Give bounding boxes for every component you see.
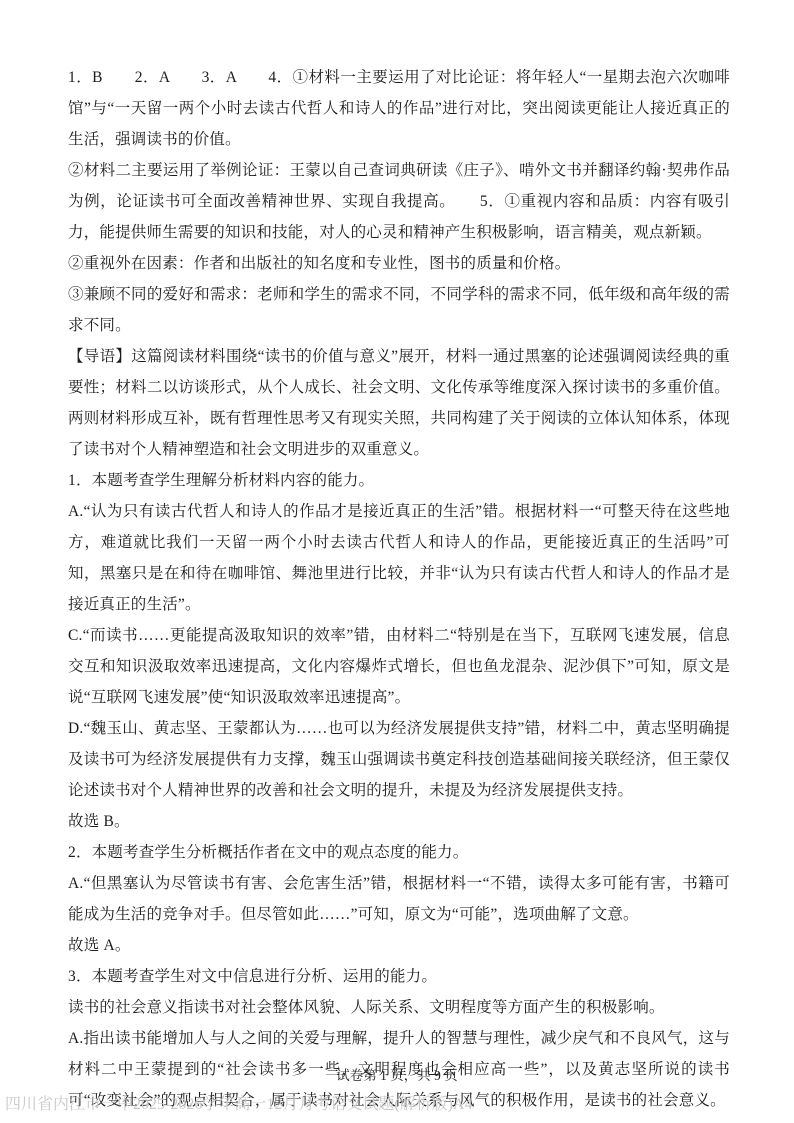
page-number-label: 试卷第 1 页，共 9 页 <box>336 1068 458 1083</box>
question2-answer: 故选 A。 <box>68 930 730 961</box>
question3-intro: 读书的社会意义指读书对社会整体风貌、人际关系、文明程度等方面产生的积极影响。 <box>68 992 730 1023</box>
question1-answer: 故选 B。 <box>68 806 730 837</box>
answer-paragraph: ②材料二主要运用了举例论证：王蒙以自己查词典研读《庄子》、啃外文书并翻译约翰·契… <box>68 155 730 248</box>
question1-option-a-analysis: A.“认为只有读古代哲人和诗人的作品才是接近真正的生活”错。根据材料一“可整天待… <box>68 496 730 620</box>
question1-option-d-analysis: D.“魏玉山、黄志坚、王蒙都认为……也可以为经济发展提供支持”错，材料二中，黄志… <box>68 713 730 806</box>
question2-heading: 2．本题考查学生分析概括作者在文中的观点态度的能力。 <box>68 837 730 868</box>
question1-heading: 1．本题考查学生理解分析材料内容的能力。 <box>68 465 730 496</box>
document-watermark: 四川省内江市一中2025-2026学年高一12月月考语文试题(解析版)A4 <box>5 1094 473 1116</box>
question2-option-a-analysis: A.“但黑塞认为尽管读书有害、会危害生活”错，根据材料一“不错，读得太多可能有害… <box>68 868 730 930</box>
answer-paragraph: 1．B 2．A 3．A 4．①材料一主要运用了对比论证：将年轻人“一星期去泡六次… <box>68 62 730 155</box>
overview-paragraph: 【导语】这篇阅读材料围绕“读书的价值与意义”展开，材料一通过黑塞的论述强调阅读经… <box>68 341 730 465</box>
question3-heading: 3．本题考查学生对文中信息进行分析、运用的能力。 <box>68 961 730 992</box>
answer-analysis-content: 1．B 2．A 3．A 4．①材料一主要运用了对比论证：将年轻人“一星期去泡六次… <box>68 62 730 1116</box>
answer-paragraph: ②重视外在因素：作者和出版社的知名度和专业性，图书的质量和价格。 <box>68 248 730 279</box>
answer-paragraph: ③兼顾不同的爱好和需求：老师和学生的需求不同，不同学科的需求不同，低年级和高年级… <box>68 279 730 341</box>
exam-answer-page: 1．B 2．A 3．A 4．①材料一主要运用了对比论证：将年轻人“一星期去泡六次… <box>0 0 794 1123</box>
question1-option-c-analysis: C.“而读书……更能提高汲取知识的效率”错，由材料二“特别是在当下，互联网飞速发… <box>68 620 730 713</box>
page-footer: 试卷第 1 页，共 9 页 <box>0 1066 794 1086</box>
